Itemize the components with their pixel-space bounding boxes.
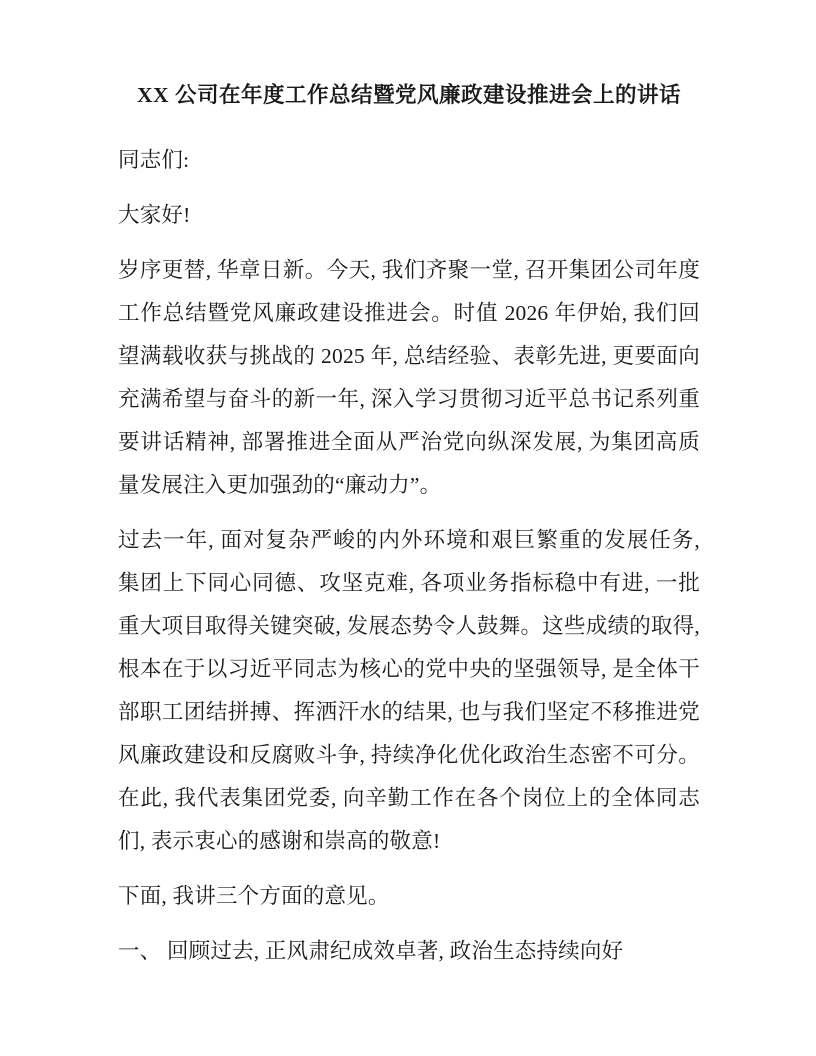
paragraph-year-review: 过去一年, 面对复杂严峻的内外环境和艰巨繁重的发展任务, 集团上下同心同德、攻坚… (118, 519, 700, 863)
document-page: XX 公司在年度工作总结暨党风廉政建设推进会上的讲话 同志们: 大家好! 岁序更… (0, 0, 816, 1056)
paragraph-transition: 下面, 我讲三个方面的意见。 (118, 875, 700, 918)
greeting-line: 大家好! (118, 194, 700, 237)
paragraph-opening: 岁序更替, 华章日新。今天, 我们齐聚一堂, 召开集团公司年度工作总结暨党风廉政… (118, 249, 700, 507)
salutation-line: 同志们: (118, 139, 700, 182)
section-heading-one: 一、 回顾过去, 正风肃纪成效卓著, 政治生态持续向好 (118, 930, 700, 973)
document-title: XX 公司在年度工作总结暨党风廉政建设推进会上的讲话 (118, 78, 700, 112)
